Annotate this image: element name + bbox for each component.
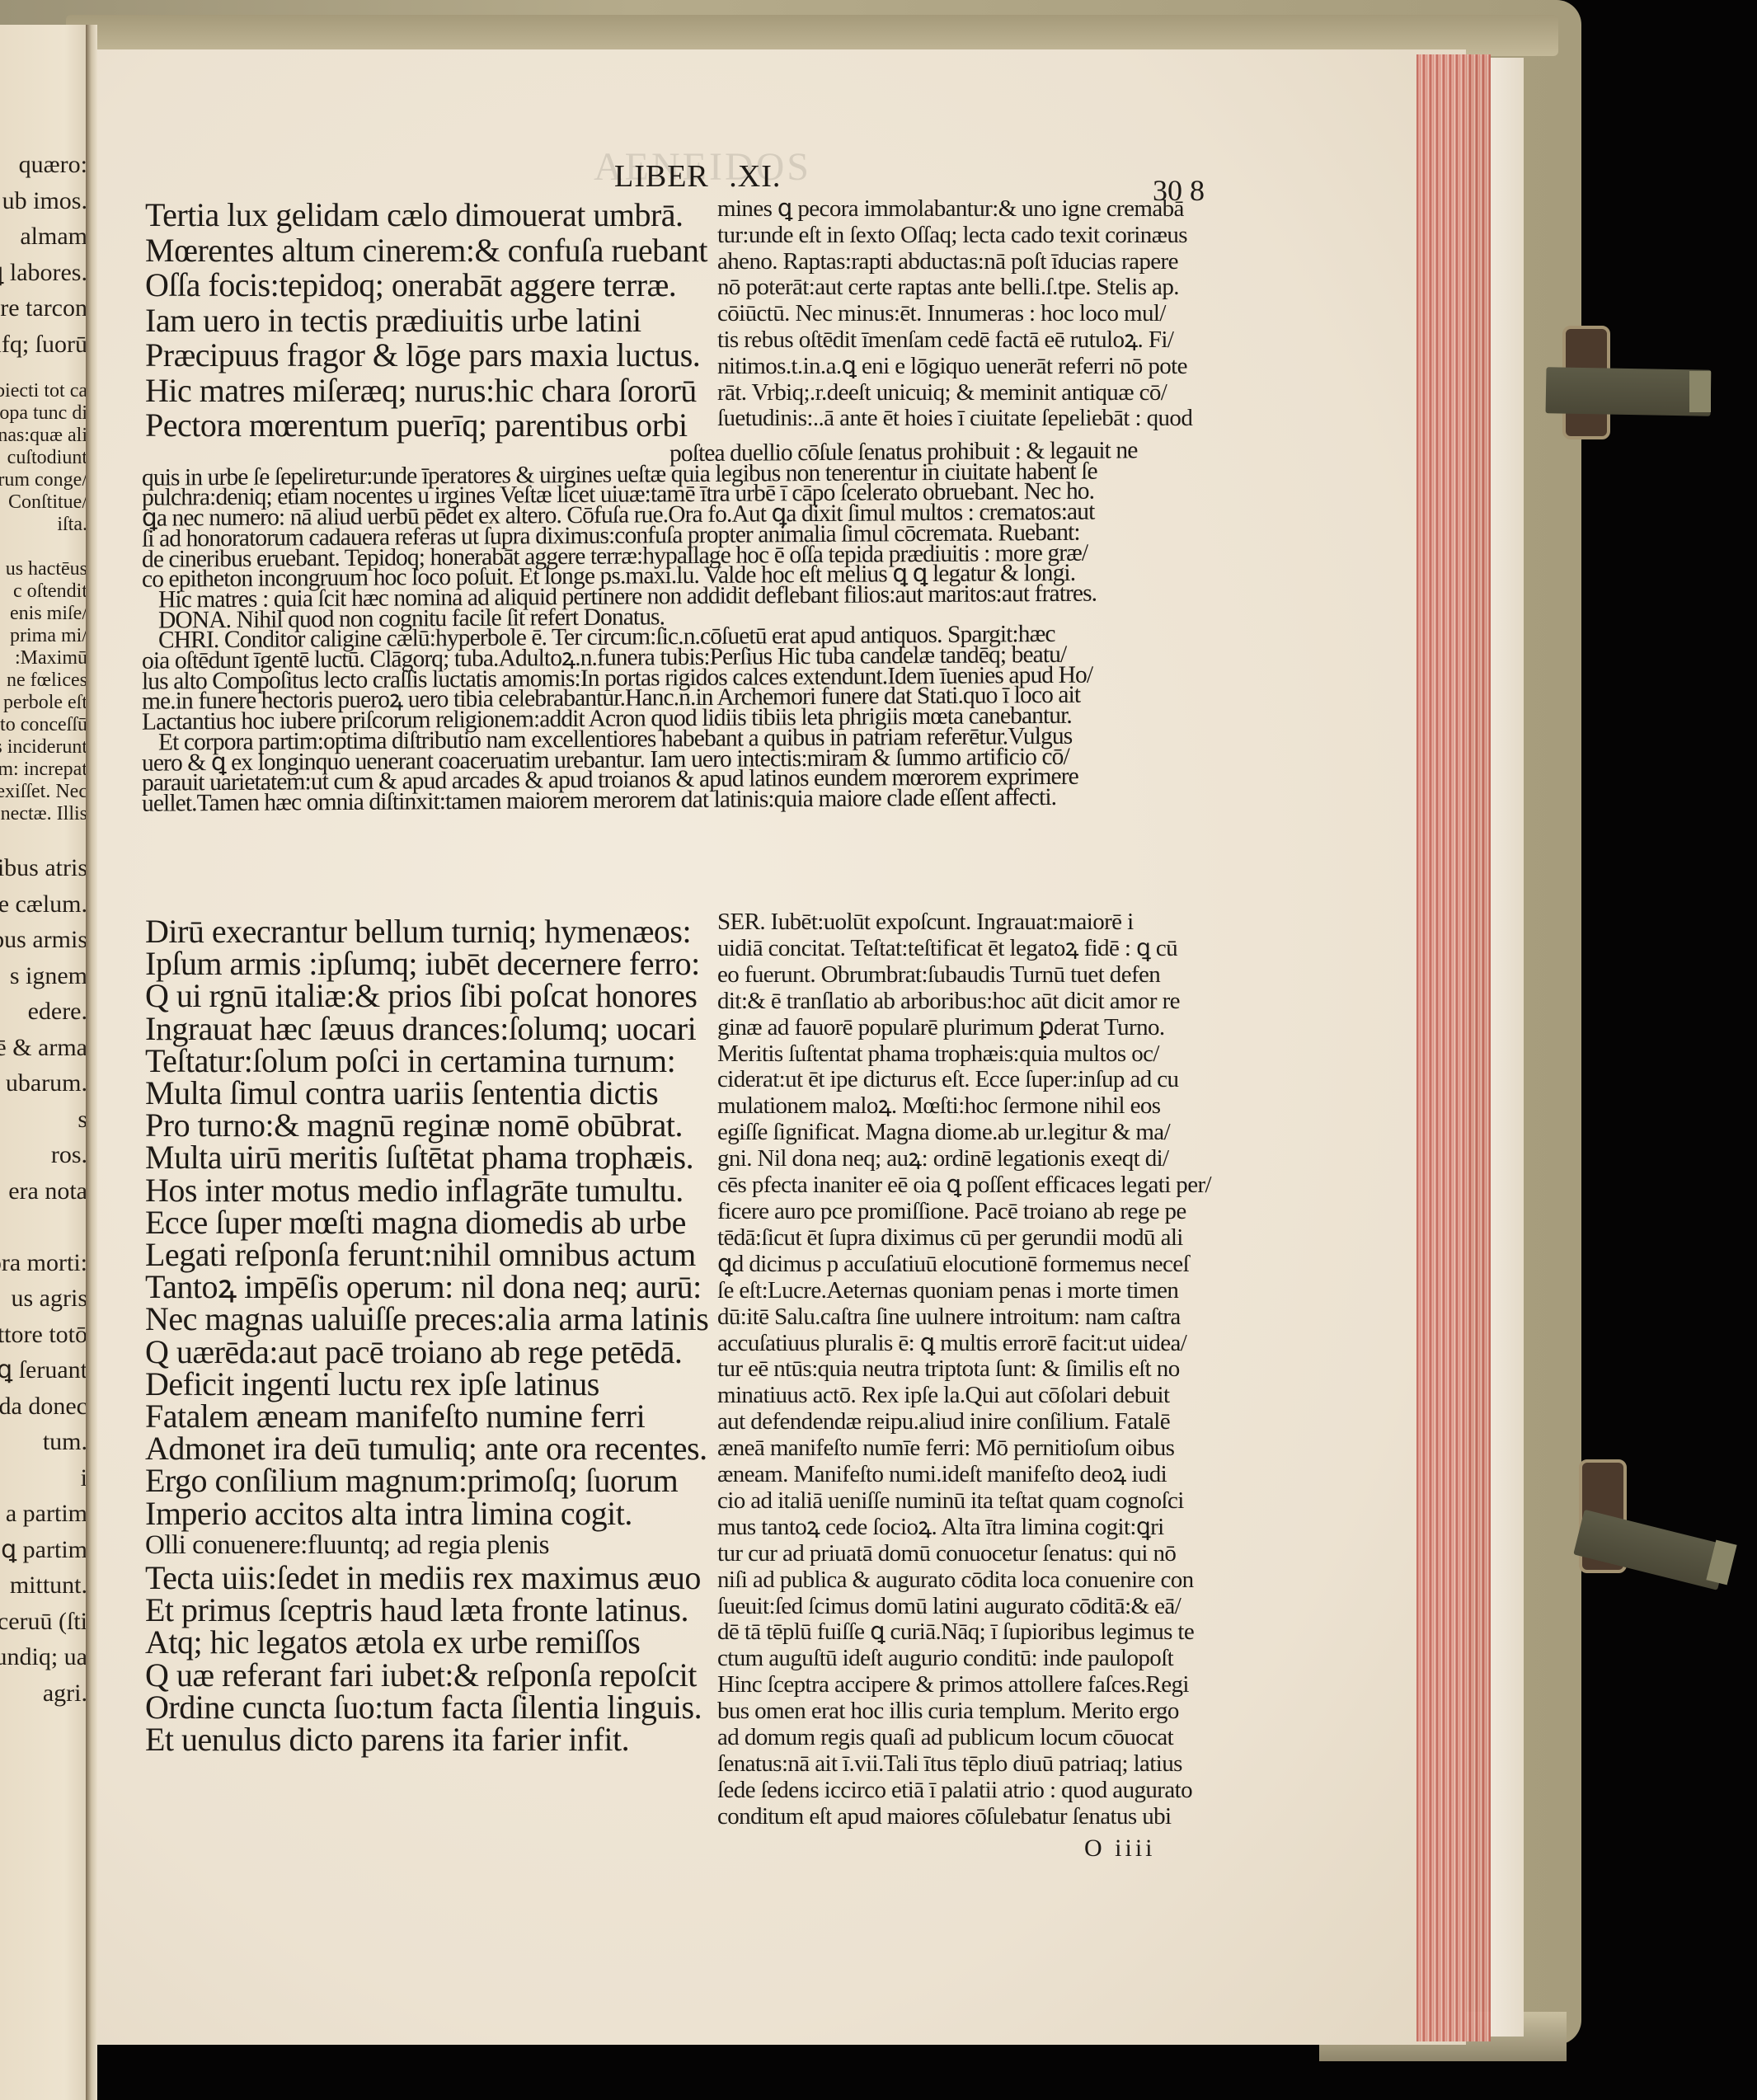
- verso-margin-line: us hactēus: [0, 558, 87, 580]
- commentary-line: mulationem maloꝝ. Mœſti:hoc ſermone nihi…: [717, 1093, 1245, 1120]
- verso-margin-line: Conſtitue/: [0, 491, 87, 514]
- commentary-line: ad domum regis quaſi ad publicum locum c…: [717, 1725, 1245, 1751]
- verso-margin-line: ubarum.: [0, 1065, 87, 1102]
- verse-line: Et primus ſceptris haud læta fronte lati…: [145, 1594, 708, 1626]
- verse-line: Multa ſimul contra uariis ſententia dict…: [145, 1077, 708, 1109]
- verse-line: Ergo conſilium magnum:primoſq; ſuorum: [145, 1464, 708, 1496]
- commentary-full-width: poſtea duellio cōſule ſenatus prohibuit …: [142, 444, 1251, 810]
- verse-line: Ordine cuncta ſuo:tum facta ſilentia lin…: [145, 1691, 708, 1723]
- verse-line: Q uærēda:aut pacē troiano ab rege petēdā…: [145, 1336, 708, 1368]
- verse-line: Ecce ſuper mœſti magna diomedis ab urbe: [145, 1206, 708, 1238]
- verso-margin-line: almam: [0, 218, 87, 255]
- verse-line: Præcipuus fragor & lōge pars maxia luctu…: [145, 338, 707, 373]
- verso-margin-line: ros.: [0, 1137, 87, 1173]
- red-fore-edge: [1416, 54, 1491, 2041]
- verse-line: Imperio accitos alta intra limina cogit.: [145, 1497, 708, 1529]
- verso-margin-line: quæro:: [0, 147, 87, 183]
- verse-line: Hic matres miſeræq; nurus:hic chara ſoro…: [145, 373, 707, 409]
- verso-spacer: [0, 825, 87, 850]
- verse-line: Tantoꝝ impēſis operum: nil dona neq; aur…: [145, 1271, 708, 1303]
- verso-margin-line: ora morti:: [0, 1245, 87, 1281]
- clasp-strap: [1546, 367, 1712, 416]
- commentary-line: tis rebus oſtēdit īmenſam cedē factā eē …: [717, 327, 1245, 354]
- verso-margin-line: um: increpat: [0, 759, 87, 781]
- verso-margin-line: cuſtodiunt: [0, 447, 87, 469]
- verse-line: Tecta uiis:ſedet in mediis rex maximus æ…: [145, 1562, 708, 1594]
- verso-margin-line: abiecti tot ca: [0, 380, 87, 402]
- verse-line: Olli conuenere:fluuntq; ad regia plenis: [145, 1529, 708, 1562]
- commentary-line: ficere auro pce promiſſione. Pacē troian…: [717, 1199, 1245, 1225]
- verso-margin-line: ē & arma: [0, 1030, 87, 1066]
- commentary-line: dē tā tēplū fuiſſe ꝗ curiā.Nāq; ī ſupior…: [717, 1619, 1245, 1646]
- verso-margin-line: s inciderunt: [0, 736, 87, 759]
- verse-block-top: Tertia lux gelidam cælo dimouerat umbrā.…: [145, 198, 707, 444]
- verso-margin-line: ceruū (ſti: [0, 1604, 87, 1640]
- running-title-liber: LIBER: [614, 159, 709, 194]
- verse-line: Hos inter motus medio inflagrāte tumultu…: [145, 1174, 708, 1206]
- verso-margin-line: iſta.: [0, 514, 87, 536]
- verso-margin-line: ſenectæ. Illis: [0, 803, 87, 825]
- commentary-line: ginæ ad fauorē popularē plurimum ꝑderat …: [717, 1015, 1245, 1041]
- verse-line: Q uæ referant fari iubet:& reſponſa repo…: [145, 1659, 708, 1691]
- verso-margin-line: era nota: [0, 1173, 87, 1210]
- verso-margin-line: onas:quæ ali: [0, 425, 87, 447]
- verso-page-edge: quæro:ub imos.almamꝗ labores.re tarconif…: [0, 25, 92, 2100]
- verso-margin-line: bus armis: [0, 922, 87, 958]
- commentary-right-top: mines ꝗ pecora immolabantur:& uno igne c…: [717, 196, 1245, 432]
- gutter: [86, 25, 97, 2100]
- verso-margin-line: s: [0, 1102, 87, 1138]
- verse-line: Legati reſponſa ferunt:nihil omnibus act…: [145, 1238, 708, 1271]
- clasp-strap: [1573, 1510, 1728, 1590]
- verse-line: Pectora mœrentum puerīq; parentibus orbi: [145, 408, 707, 444]
- verso-spacer: [0, 362, 87, 380]
- commentary-line: ꝗd dicimus p accuſatiuū elocutionē forme…: [717, 1252, 1245, 1278]
- verse-block-bottom: Dirū execrantur bellum turniq; hymenæos:…: [145, 915, 708, 1755]
- verso-margin-line: [0, 536, 87, 558]
- verse-line: Ipſum armis :ipſumq; iubēt decernere fer…: [145, 947, 708, 980]
- commentary-line: egiſſe ſignificat. Magna diome.ab ur.leg…: [717, 1120, 1245, 1146]
- commentary-line: bus omen erat hoc illis curia templum. M…: [717, 1698, 1245, 1725]
- verso-margin-text: quæro:ub imos.almamꝗ labores.re tarconif…: [0, 147, 87, 1736]
- commentary-line: SER. Iubēt:uolūt expoſcunt. Ingrauat:mai…: [717, 909, 1245, 936]
- verse-line: Tertia lux gelidam cælo dimouerat umbrā.: [145, 198, 707, 233]
- verso-margin-line: nibus atris: [0, 850, 87, 886]
- verse-line: Q ui rgnū italiæ:& prios ſibi poſcat hon…: [145, 980, 708, 1012]
- verso-margin-line: :Maximū: [0, 647, 87, 669]
- commentary-line: cio ad italiā ueniſſe numinū ita teſtat …: [717, 1488, 1245, 1515]
- commentary-line: nō poterāt:aut certe raptas ante belli.ſ…: [717, 275, 1245, 301]
- verso-margin-line: opa tunc di: [0, 402, 87, 425]
- verso-margin-line: [0, 1209, 87, 1245]
- verso-margin-line: rum conge/: [0, 469, 87, 491]
- verso-margin-line: prima mi/: [0, 625, 87, 647]
- commentary-line: aheno. Raptas:rapti abductas:nā poſt īdu…: [717, 249, 1245, 275]
- commentary-line: gni. Nil dona neq; auꝝ: ordinē legationi…: [717, 1146, 1245, 1172]
- commentary-line: æneam. Manifeſto numi.ideſt manifeſto de…: [717, 1462, 1245, 1488]
- commentary-line: Hinc ſceptra accipere & primos attollere…: [717, 1672, 1245, 1698]
- commentary-line: eo fuerunt. Obrumbrat:ſubaudis Turnū tue…: [717, 962, 1245, 989]
- commentary-line: tur eē ntūs:quia neutra triptota ſunt: &…: [717, 1356, 1245, 1383]
- clasp-tip: [1689, 371, 1711, 412]
- verso-margin-line: ne fœlices: [0, 669, 87, 692]
- verse-line: Fatalem æneam manifeſto numine ferri: [145, 1400, 708, 1432]
- verso-spacer: [0, 1711, 87, 1736]
- verso-margin-line: ꝗ ſeruant: [0, 1352, 87, 1388]
- commentary-line: niſi ad publica & augurato cōdita loca c…: [717, 1567, 1245, 1594]
- commentary-line: mus tantoꝝ cede ſocioꝝ. Alta ītra limina…: [717, 1515, 1245, 1541]
- verso-margin-line: ifq; ſuorū: [0, 327, 87, 363]
- verse-line: Oſſa focis:tepidoq; onerabāt aggere terr…: [145, 268, 707, 303]
- commentary-line: minatiuus actō. Rex ipſe la.Qui aut cōſo…: [717, 1383, 1245, 1409]
- commentary-line: ſenatus:nā ait ī.vii.Tali ītus tēplo diu…: [717, 1751, 1245, 1778]
- verse-line: Pro turno:& magnū reginæ nomē obūbrat.: [145, 1109, 708, 1141]
- verso-margin-line: s ignem: [0, 958, 87, 994]
- commentary-line: dit:& ē tranſlatio ab arboribus:hoc aūt …: [717, 989, 1245, 1015]
- verso-margin-line: us agris: [0, 1280, 87, 1317]
- verse-line: Ingrauat hæc ſæuus drances:ſolumq; uocar…: [145, 1012, 708, 1045]
- verso-margin-line: i: [0, 1460, 87, 1496]
- commentary-line: dū:itē Salu.caſtra ſine uulnere introitu…: [717, 1304, 1245, 1331]
- verso-margin-line: ꝗ labores.: [0, 255, 87, 291]
- commentary-line: cēs pfecta inaniter eē oia ꝗ poſſent eff…: [717, 1172, 1245, 1199]
- verso-margin-line: ato conceſſū: [0, 714, 87, 736]
- commentary-line: cōiūctū. Nec minus:ēt. Innumeras : hoc l…: [717, 301, 1245, 327]
- verso-margin-line: exiſſet. Nec: [0, 781, 87, 803]
- commentary-line: accuſatiuus pluralis ē: ꝗ multis errorē …: [717, 1331, 1245, 1357]
- commentary-line: ciderat:ut ēt ipe dicturus eſt. Ecce ſup…: [717, 1067, 1245, 1093]
- page-block-edge: [1491, 58, 1524, 2037]
- verse-line: Admonet ira deū tumuliq; ante ora recent…: [145, 1432, 708, 1464]
- commentary-line: tēdā:ſicut ēt ſupra diximus cū per gerun…: [717, 1225, 1245, 1252]
- verso-margin-line: ꝗ partim: [0, 1532, 87, 1568]
- verso-margin-line: ub imos.: [0, 183, 87, 219]
- running-title: LIBER .XI.: [614, 158, 781, 195]
- verso-margin-line: mittunt.: [0, 1567, 87, 1604]
- commentary-line: uidiā concitat. Teſtat:teſtificat ēt leg…: [717, 936, 1245, 962]
- signature-mark: O iiii: [1084, 1835, 1156, 1863]
- verso-margin-line: undiq; ua: [0, 1639, 87, 1675]
- book-number: .XI.: [729, 159, 781, 194]
- verse-line: Atq; hic legatos ætola ex urbe remiſſos: [145, 1626, 708, 1658]
- commentary-line: tur cur ad priuatā domū conuocetur ſenat…: [717, 1541, 1245, 1567]
- verse-line: Et uenulus dicto parens ita farier infit…: [145, 1723, 708, 1755]
- commentary-line: nitimos.t.in.a.ꝗ eni e lōgiquo uenerāt r…: [717, 354, 1245, 380]
- verse-line: Teſtatur:ſolum poſci in certamina turnum…: [145, 1045, 708, 1077]
- commentary-line: ſede ſedens iccirco etiā ī palatii atrio…: [717, 1778, 1245, 1804]
- verse-line: Nec magnas ualuiſſe preces:alia arma lat…: [145, 1303, 708, 1335]
- verse-line: Mœrentes altum cinerem:& confuſa ruebant: [145, 233, 707, 269]
- verso-margin-line: agri.: [0, 1675, 87, 1712]
- verso-margin-line: re tarcon: [0, 290, 87, 327]
- verso-margin-line: e cælum.: [0, 886, 87, 923]
- commentary-line: ſe eſt:Lucre.Aeternas quoniam penas i mo…: [717, 1278, 1245, 1304]
- commentary-line: rāt. Vrbiq;.r.deeſt unicuiq; & meminit a…: [717, 380, 1245, 406]
- commentary-line: ſueuit:ſed ſcimus domū latini augurato c…: [717, 1594, 1245, 1620]
- verso-margin-line: enis miſe/: [0, 603, 87, 625]
- verso-margin-line: edere.: [0, 994, 87, 1030]
- verse-line: Dirū execrantur bellum turniq; hymenæos:: [145, 915, 708, 947]
- verso-margin-line: tum.: [0, 1424, 87, 1460]
- commentary-line: uellet.Tamen hæc omnia diſtinxit:tamen m…: [142, 786, 1251, 814]
- commentary-line: ſuetudinis:..ā ante ēt hoies ī ciuitate …: [717, 406, 1245, 432]
- verso-margin-line: a partim: [0, 1496, 87, 1532]
- verso-margin-line: ida donec: [0, 1388, 87, 1425]
- commentary-line: mines ꝗ pecora immolabantur:& uno igne c…: [717, 196, 1245, 223]
- verso-margin-line: ittore totō: [0, 1317, 87, 1353]
- verse-line: Iam uero in tectis prædiuitis urbe latin…: [145, 303, 707, 339]
- verso-margin-line: c oſtendit: [0, 580, 87, 603]
- commentary-line: æneā manifeſto numīe ferri: Mō pernitioſ…: [717, 1435, 1245, 1462]
- verse-line: Deficit ingenti luctu rex ipſe latinus: [145, 1368, 708, 1400]
- commentary-line: ctum auguſtū ideſt augurio conditū: inde…: [717, 1646, 1245, 1672]
- commentary-right-bottom: SER. Iubēt:uolūt expoſcunt. Ingrauat:mai…: [717, 909, 1245, 1830]
- verse-line: Multa uirū meritis ſuſtētat phama trophæ…: [145, 1141, 708, 1173]
- commentary-line: tur:unde eſt in ſexto Oſſaq; lecta cado …: [717, 223, 1245, 249]
- commentary-line: conditum eſt apud maiores cōſulebatur ſe…: [717, 1804, 1245, 1830]
- verso-margin-line: perbole eſt: [0, 692, 87, 714]
- commentary-line: aut defendendæ reipu.aliud inire conſili…: [717, 1409, 1245, 1435]
- commentary-line: Meritis ſuſtentat phama trophæis:quia mu…: [717, 1041, 1245, 1068]
